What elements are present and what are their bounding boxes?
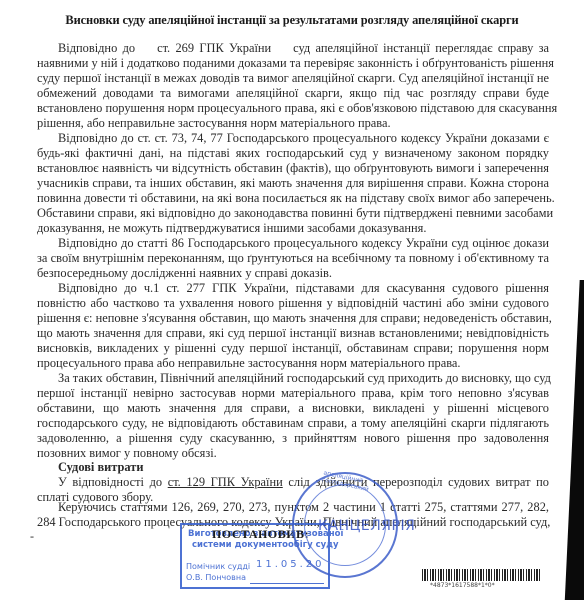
scan-edge-shadow	[560, 280, 584, 600]
text-line: повинна довести ті обставини, на які вон…	[37, 191, 549, 206]
text-line: суду першої інстанції в межах доводів та…	[37, 71, 549, 86]
text-fragment: Відповідно до	[58, 41, 135, 55]
text-line: встановлює наявність чи відсутність обст…	[37, 161, 549, 176]
text-line: повністю або частково та ухвалення новог…	[37, 296, 549, 311]
chancellery-round-stamp: апеляційний господарський КАНЦЕЛЯРІЯ	[292, 472, 398, 578]
text-line: обмежений доводами та вимогами апеляційн…	[37, 86, 549, 101]
text-line: за своїм внутрішнім переконанням, що ґру…	[37, 251, 549, 266]
text-fragment: суд апеляційної інстанції переглядає спр…	[293, 41, 549, 55]
text-line: учасників справи, та інших обставин, які…	[37, 176, 549, 191]
text-fragment: У відповідності до	[58, 475, 168, 489]
text-line: Відповідно до ст. ст. 73, 74, 77 Господа…	[58, 131, 549, 146]
text-line: Обставини справи, які відповідно до зако…	[37, 206, 549, 221]
text-line: безпосередньому дослідженні наявних у сп…	[37, 266, 549, 281]
text-line: Відповідно до статті 86 Господарського п…	[58, 236, 549, 251]
text-line: Відповідно до ч.1 ст. 277 ГПК України, п…	[58, 281, 549, 296]
text-line: встановлено порушення норм процесуальног…	[37, 101, 549, 116]
costs-heading: Судові витрати	[58, 460, 549, 475]
text-line: рішення є: неповне з'ясування обставин, …	[37, 311, 549, 326]
text-line: доказування, не можуть підтверджуватися …	[37, 221, 549, 236]
stamp-name: О.В. Пончовна	[186, 573, 246, 582]
signature-line	[250, 583, 324, 584]
text-line: обставини, що мають значення для справи,…	[37, 401, 549, 416]
text-line: будь-які фактичні дані, на підставі яких…	[37, 146, 549, 161]
text-line: рішення, або неправильне застосування но…	[37, 116, 549, 131]
stamp-center-text: КАНЦЕЛЯРІЯ	[318, 518, 415, 534]
text-line: позовних вимог у повному обсязі.	[37, 446, 549, 461]
text-line: задоволенню, а рішення суду скасуванню, …	[37, 431, 549, 446]
article-link[interactable]: ст. 129 ГПК України	[168, 475, 283, 489]
barcode-number: *4873*1617588*1*0*	[430, 582, 495, 589]
text-line: господарського суду, не відповідають обс…	[37, 416, 549, 431]
text-line: процесуального права або неправильне зас…	[37, 356, 549, 371]
stamp-role: Помічник судді	[186, 562, 250, 571]
dash-mark: -	[30, 529, 34, 544]
text-line: Відповідно дост. 269 ГПК Українисуд апел…	[58, 41, 549, 56]
barcode-icon	[422, 569, 540, 581]
text-line: наявними у ній і додатково поданими дока…	[37, 56, 549, 71]
article-reference: ст. 269 ГПК України	[157, 41, 271, 55]
text-line: За таких обставин, Північний апеляційний…	[58, 371, 549, 386]
text-line: що мають значення для справи, які суд пе…	[37, 326, 549, 341]
text-line: У відповідності до ст. 129 ГПК України с…	[58, 475, 549, 490]
text-line: висновків, викладених у рішенні суду пер…	[37, 341, 549, 356]
text-line: першої інстанції невірно застосував норм…	[37, 386, 549, 401]
section-title: Висновки суду апеляційної інстанції за р…	[0, 13, 584, 28]
document-page: Висновки суду апеляційної інстанції за р…	[0, 0, 584, 600]
